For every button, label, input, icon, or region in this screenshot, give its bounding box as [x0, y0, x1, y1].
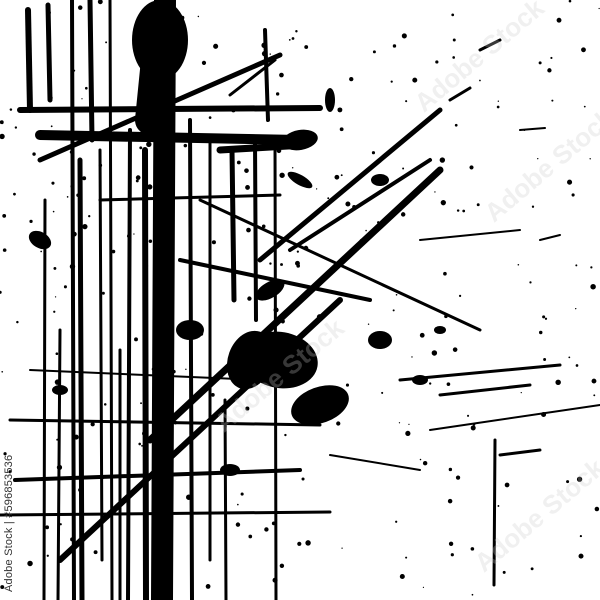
ink-splatter-texture: [0, 0, 600, 600]
stock-credit-label: Adobe Stock | #596853536: [3, 455, 15, 592]
